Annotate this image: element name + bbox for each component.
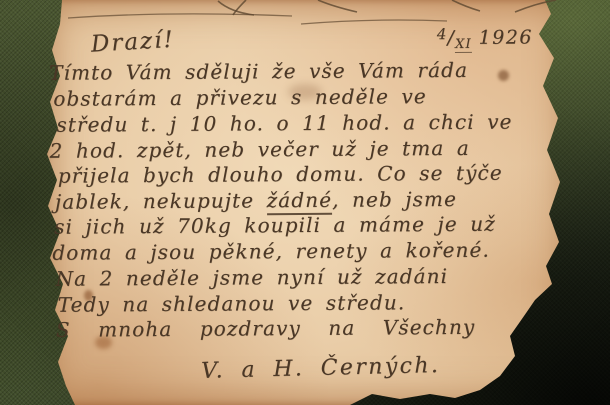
handwriting-layer: Drazí! 4/XI1926 Tímto Vám sděluji že vše…	[0, 0, 610, 405]
handwritten-line: přijela bych dlouho domu. Co se týče	[58, 161, 503, 188]
signature: V. a H. Černých.	[201, 353, 441, 384]
date-year: 1926	[479, 26, 534, 48]
handwritten-line: středu t. j 10 ho. o 11 hod. a chci ve	[56, 110, 512, 137]
salutation: Drazí!	[90, 27, 175, 58]
date-month: XI	[455, 37, 472, 53]
date-day: 4	[437, 25, 448, 43]
handwritten-line: obstarám a přivezu s neděle ve	[53, 84, 427, 111]
closing-line: S mnoha pozdravy na Všechny	[56, 315, 476, 342]
handwritten-line: jablek, nekupujte žádné, neb jsme	[55, 187, 457, 214]
handwritten-line: Tímto Vám sděluji že vše Vám ráda	[49, 58, 468, 85]
letter-date: 4/XI1926	[437, 24, 533, 49]
handwritten-line: Na 2 neděle jsme nyní už zadáni	[55, 264, 448, 291]
line-text: jablek, nekupujte	[55, 188, 267, 213]
line-text: , neb jsme	[332, 187, 457, 212]
handwritten-line: si jich už 70kg koupili a máme je už	[54, 212, 496, 239]
handwritten-line: Tedy na shledanou ve středu.	[58, 290, 406, 316]
underlined-word: žádné	[267, 188, 333, 215]
handwritten-line: doma a jsou pěkné, renety a kořené.	[52, 238, 490, 265]
handwritten-line: 2 hod. zpět, neb večer už je tma a	[50, 136, 470, 163]
photo-of-letter: Drazí! 4/XI1926 Tímto Vám sděluji že vše…	[0, 0, 610, 405]
